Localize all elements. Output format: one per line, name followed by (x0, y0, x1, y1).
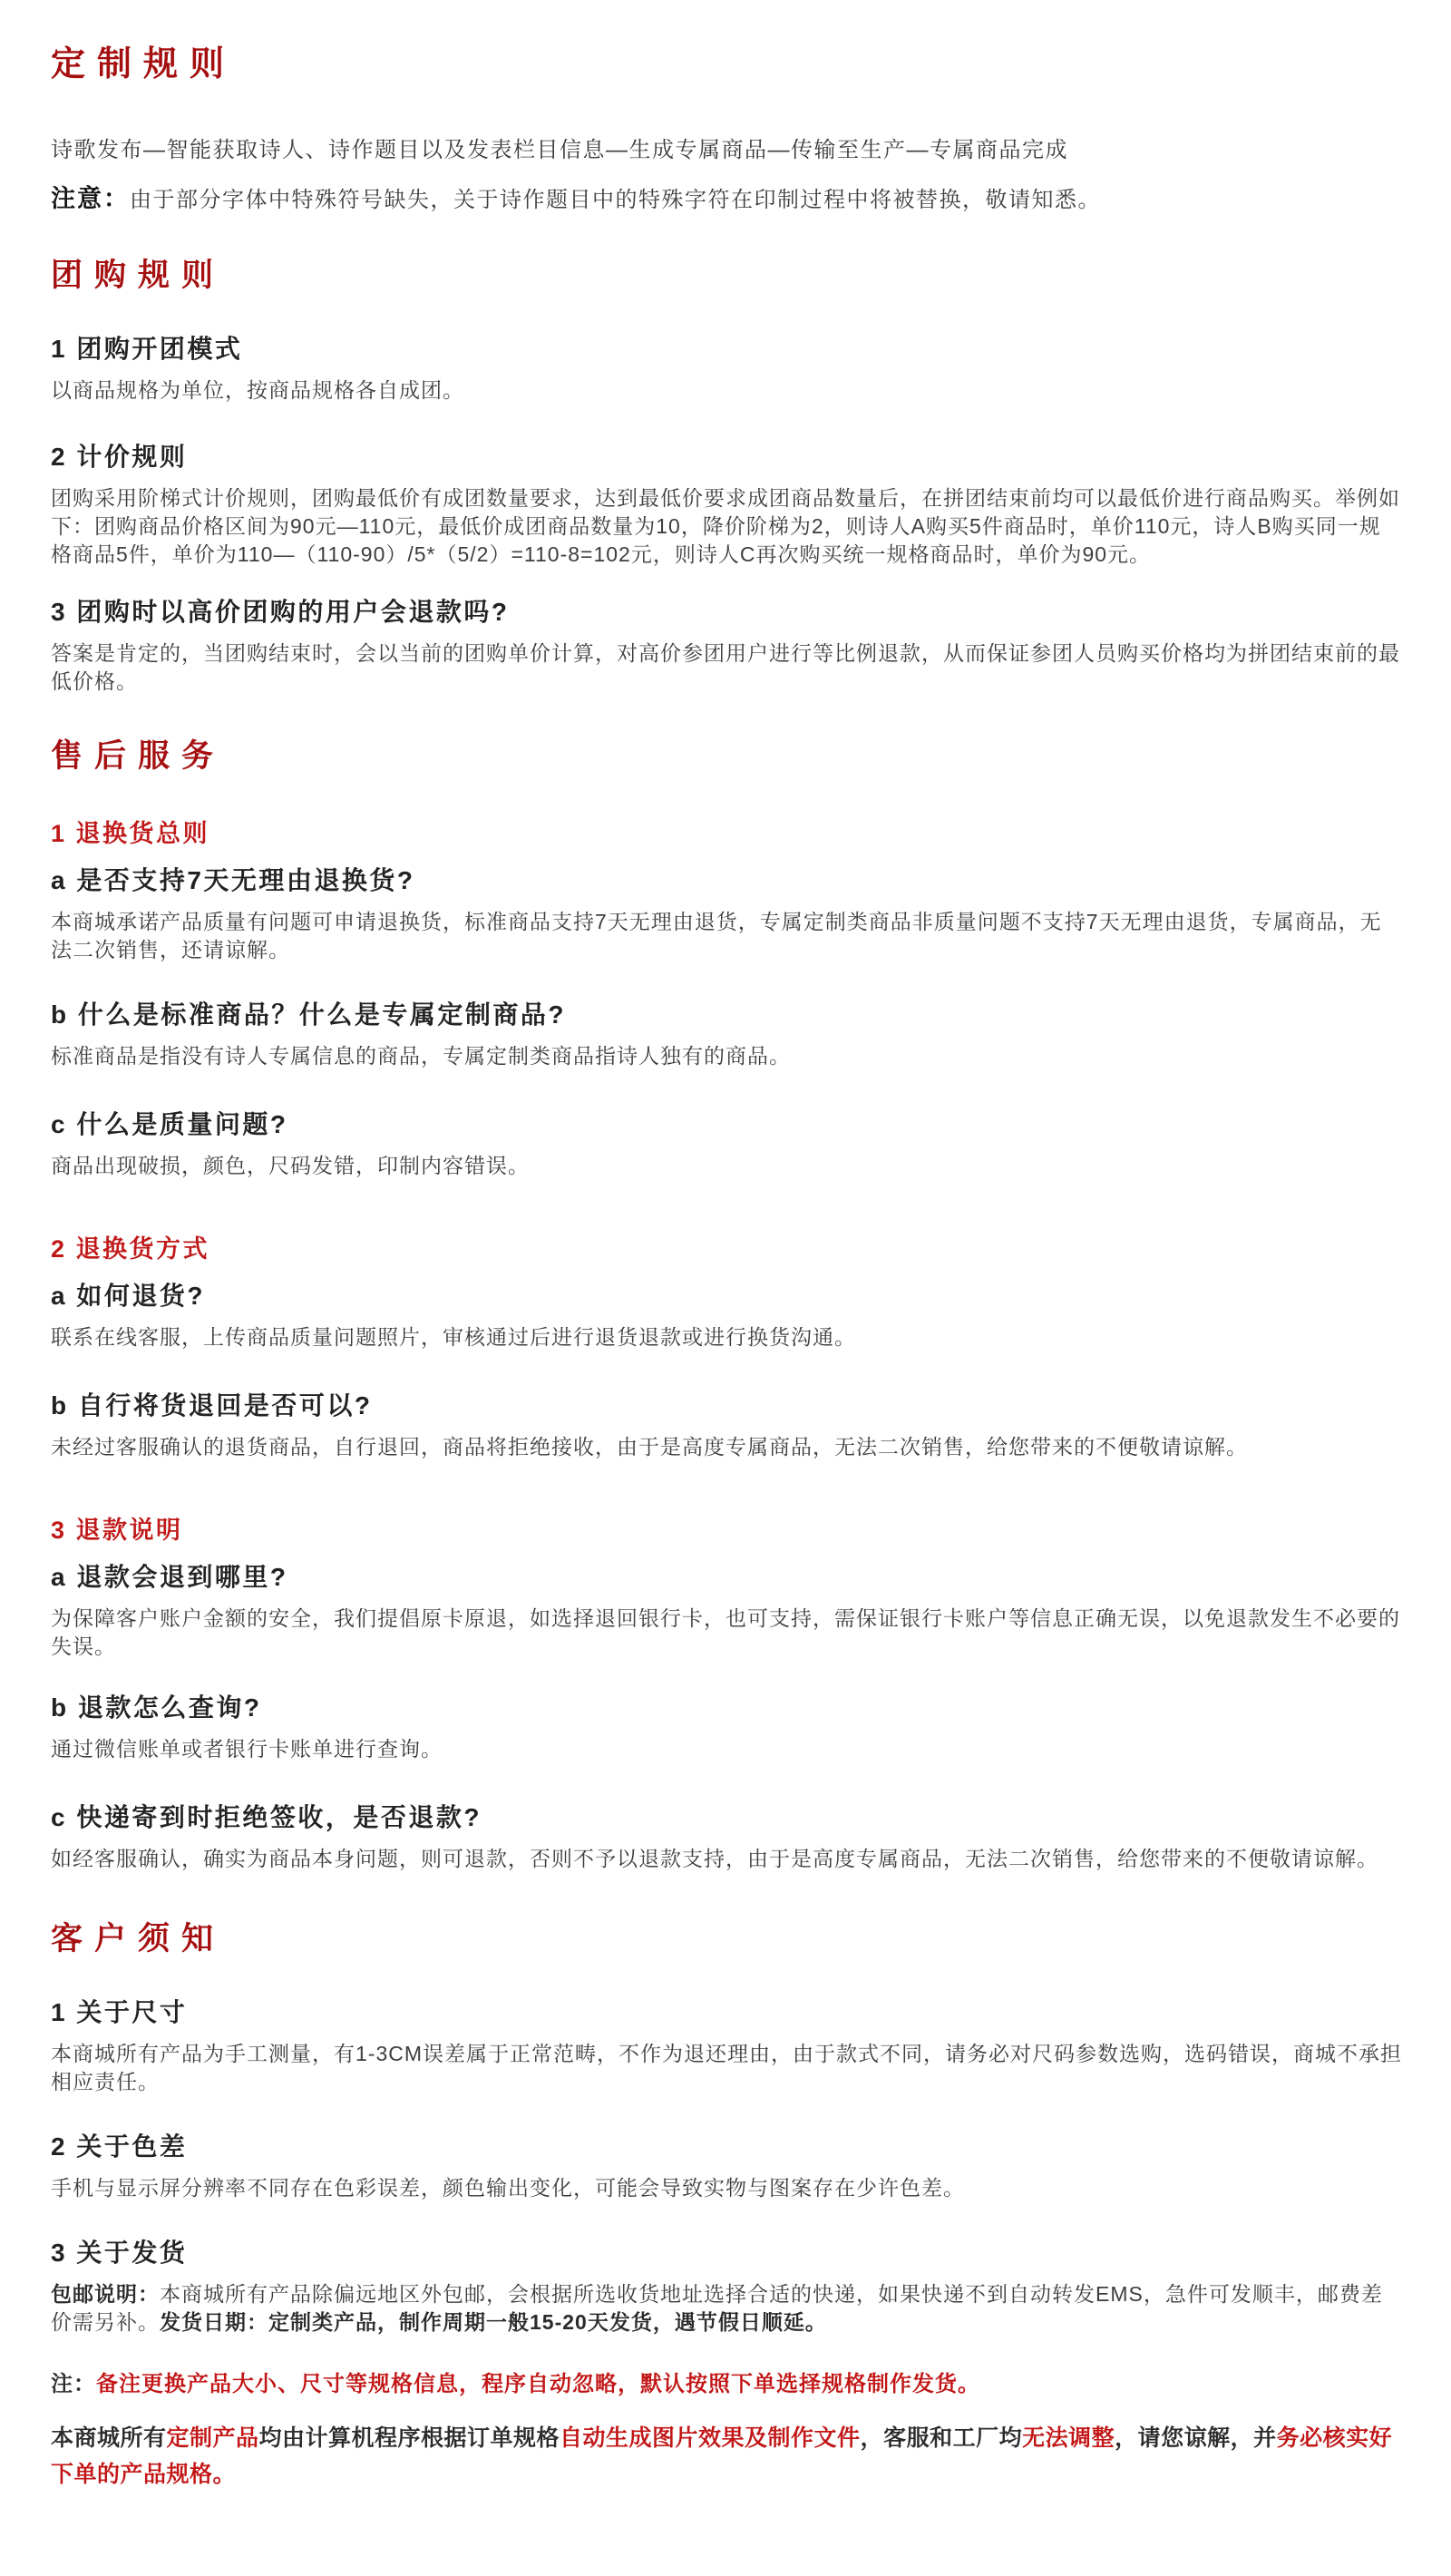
question-self-return: b 自行将货退回是否可以? (51, 1390, 1402, 1421)
answer-how-to-return: 联系在线客服，上传商品质量问题照片，审核通过后进行退货退款或进行换货沟通。 (51, 1323, 1402, 1351)
notes-size-body: 本商城所有产品为手工测量，有1-3CM误差属于正常范畴，不作为退还理由，由于款式… (51, 2040, 1402, 2096)
answer-7day-return: 本商城承诺产品质量有问题可申请退换货，标准商品支持7天无理由退货，专属定制类商品… (51, 908, 1402, 964)
answer-standard-vs-custom: 标准商品是指没有诗人专属信息的商品，专属定制类商品指诗人独有的商品。 (51, 1042, 1402, 1070)
shipping-label: 包邮说明： (51, 2282, 160, 2306)
after-sales-group-2-subtitle: 2 退换货方式 (51, 1234, 1402, 1265)
spec-change-note-label: 注： (51, 2372, 96, 2396)
spec-change-note: 注：备注更换产品大小、尺寸等规格信息，程序自动忽略，默认按照下单选择规格制作发货… (51, 2369, 1402, 2400)
notes-shipping-body: 包邮说明：本商城所有产品除偏远地区外包邮，会根据所选收货地址选择合适的快递，如果… (51, 2280, 1402, 2337)
group-buy-block-2-body: 团购采用阶梯式计价规则，团购最低价有成团数量要求，达到最低价要求成团商品数量后，… (51, 484, 1402, 569)
notice-text: 由于部分字体中特殊符号缺失，关于诗作题目中的特殊字符在印制过程中将被替换，敬请知… (130, 188, 1101, 212)
final-seg-4: 自动生成图片效果及制作文件 (560, 2425, 861, 2451)
process-flow-text: 诗歌发布—智能获取诗人、诗作题目以及发表栏目信息—生成专属商品—传输至生产—专属… (51, 136, 1402, 164)
answer-refuse-delivery: 如经客服确认，确实为商品本身问题，则可退款，否则不予以退款支持，由于是高度专属商… (51, 1845, 1402, 1873)
answer-quality-issue: 商品出现破损，颜色，尺码发错，印制内容错误。 (51, 1152, 1402, 1180)
answer-refund-check: 通过微信账单或者银行卡账单进行查询。 (51, 1735, 1402, 1763)
notes-color-heading: 2 关于色差 (51, 2131, 1402, 2162)
notes-shipping-heading: 3 关于发货 (51, 2237, 1402, 2269)
page-title: 定制规则 (51, 45, 1402, 85)
final-warning-line: 本商城所有定制产品均由计算机程序根据订单规格自动生成图片效果及制作文件，客服和工… (51, 2420, 1402, 2493)
spec-change-note-text: 备注更换产品大小、尺寸等规格信息，程序自动忽略，默认按照下单选择规格制作发货。 (96, 2372, 980, 2396)
group-buy-block-3-heading: 3 团购时以高价团购的用户会退款吗? (51, 596, 1402, 628)
final-seg-6: 无法调整 (1022, 2425, 1115, 2451)
group-buy-block-3-body: 答案是肯定的，当团购结束时，会以当前的团购单价计算，对高价参团用户进行等比例退款… (51, 639, 1402, 696)
notes-color-body: 手机与显示屏分辨率不同存在色彩误差，颜色输出变化，可能会导致实物与图案存在少许色… (51, 2174, 1402, 2202)
question-how-to-return: a 如何退货? (51, 1280, 1402, 1312)
question-standard-vs-custom: b 什么是标准商品？什么是专属定制商品? (51, 999, 1402, 1030)
final-seg-1: 本商城所有 (51, 2425, 167, 2451)
question-refund-check: b 退款怎么查询? (51, 1692, 1402, 1723)
final-seg-7: ，请您谅解，并 (1115, 2425, 1277, 2451)
shipping-date-text: 发货日期：定制类产品，制作周期一般15-20天发货，遇节假日顺延。 (160, 2310, 827, 2334)
after-sales-group-1-subtitle: 1 退换货总则 (51, 819, 1402, 850)
answer-refund-destination: 为保障客户账户金额的安全，我们提倡原卡原退，如选择退回银行卡，也可支持，需保证银… (51, 1605, 1402, 1661)
answer-self-return: 未经过客服确认的退货商品，自行退回，商品将拒绝接收，由于是高度专属商品，无法二次… (51, 1433, 1402, 1461)
final-seg-2: 定制产品 (167, 2425, 259, 2451)
group-buy-block-1-body: 以商品规格为单位，按商品规格各自成团。 (51, 376, 1402, 405)
question-7day-return: a 是否支持7天无理由退换货? (51, 864, 1402, 896)
question-refund-destination: a 退款会退到哪里? (51, 1561, 1402, 1593)
notice-line: 注意：由于部分字体中特殊符号缺失，关于诗作题目中的特殊字符在印制过程中将被替换，… (51, 182, 1402, 215)
final-seg-3: 均由计算机程序根据订单规格 (259, 2425, 560, 2451)
question-quality-issue: c 什么是质量问题? (51, 1108, 1402, 1140)
customization-rules-document: 定制规则 诗歌发布—智能获取诗人、诗作题目以及发表栏目信息—生成专属商品—传输至… (0, 0, 1451, 2576)
notice-label: 注意： (51, 185, 130, 212)
final-seg-5: ，客服和工厂均 (861, 2425, 1023, 2451)
notes-size-heading: 1 关于尺寸 (51, 1996, 1402, 2028)
group-buy-block-1-heading: 1 团购开团模式 (51, 333, 1402, 365)
section-title-after-sales: 售后服务 (51, 737, 1402, 776)
section-title-customer-notes: 客户须知 (51, 1920, 1402, 1958)
group-buy-block-2-heading: 2 计价规则 (51, 441, 1402, 473)
section-title-group-buy-rules: 团购规则 (51, 257, 1402, 295)
after-sales-group-3-subtitle: 3 退款说明 (51, 1516, 1402, 1547)
question-refuse-delivery: c 快递寄到时拒绝签收，是否退款? (51, 1801, 1402, 1833)
page: { "colors": { "heading_red": "#a50f0f", … (0, 0, 1451, 2576)
